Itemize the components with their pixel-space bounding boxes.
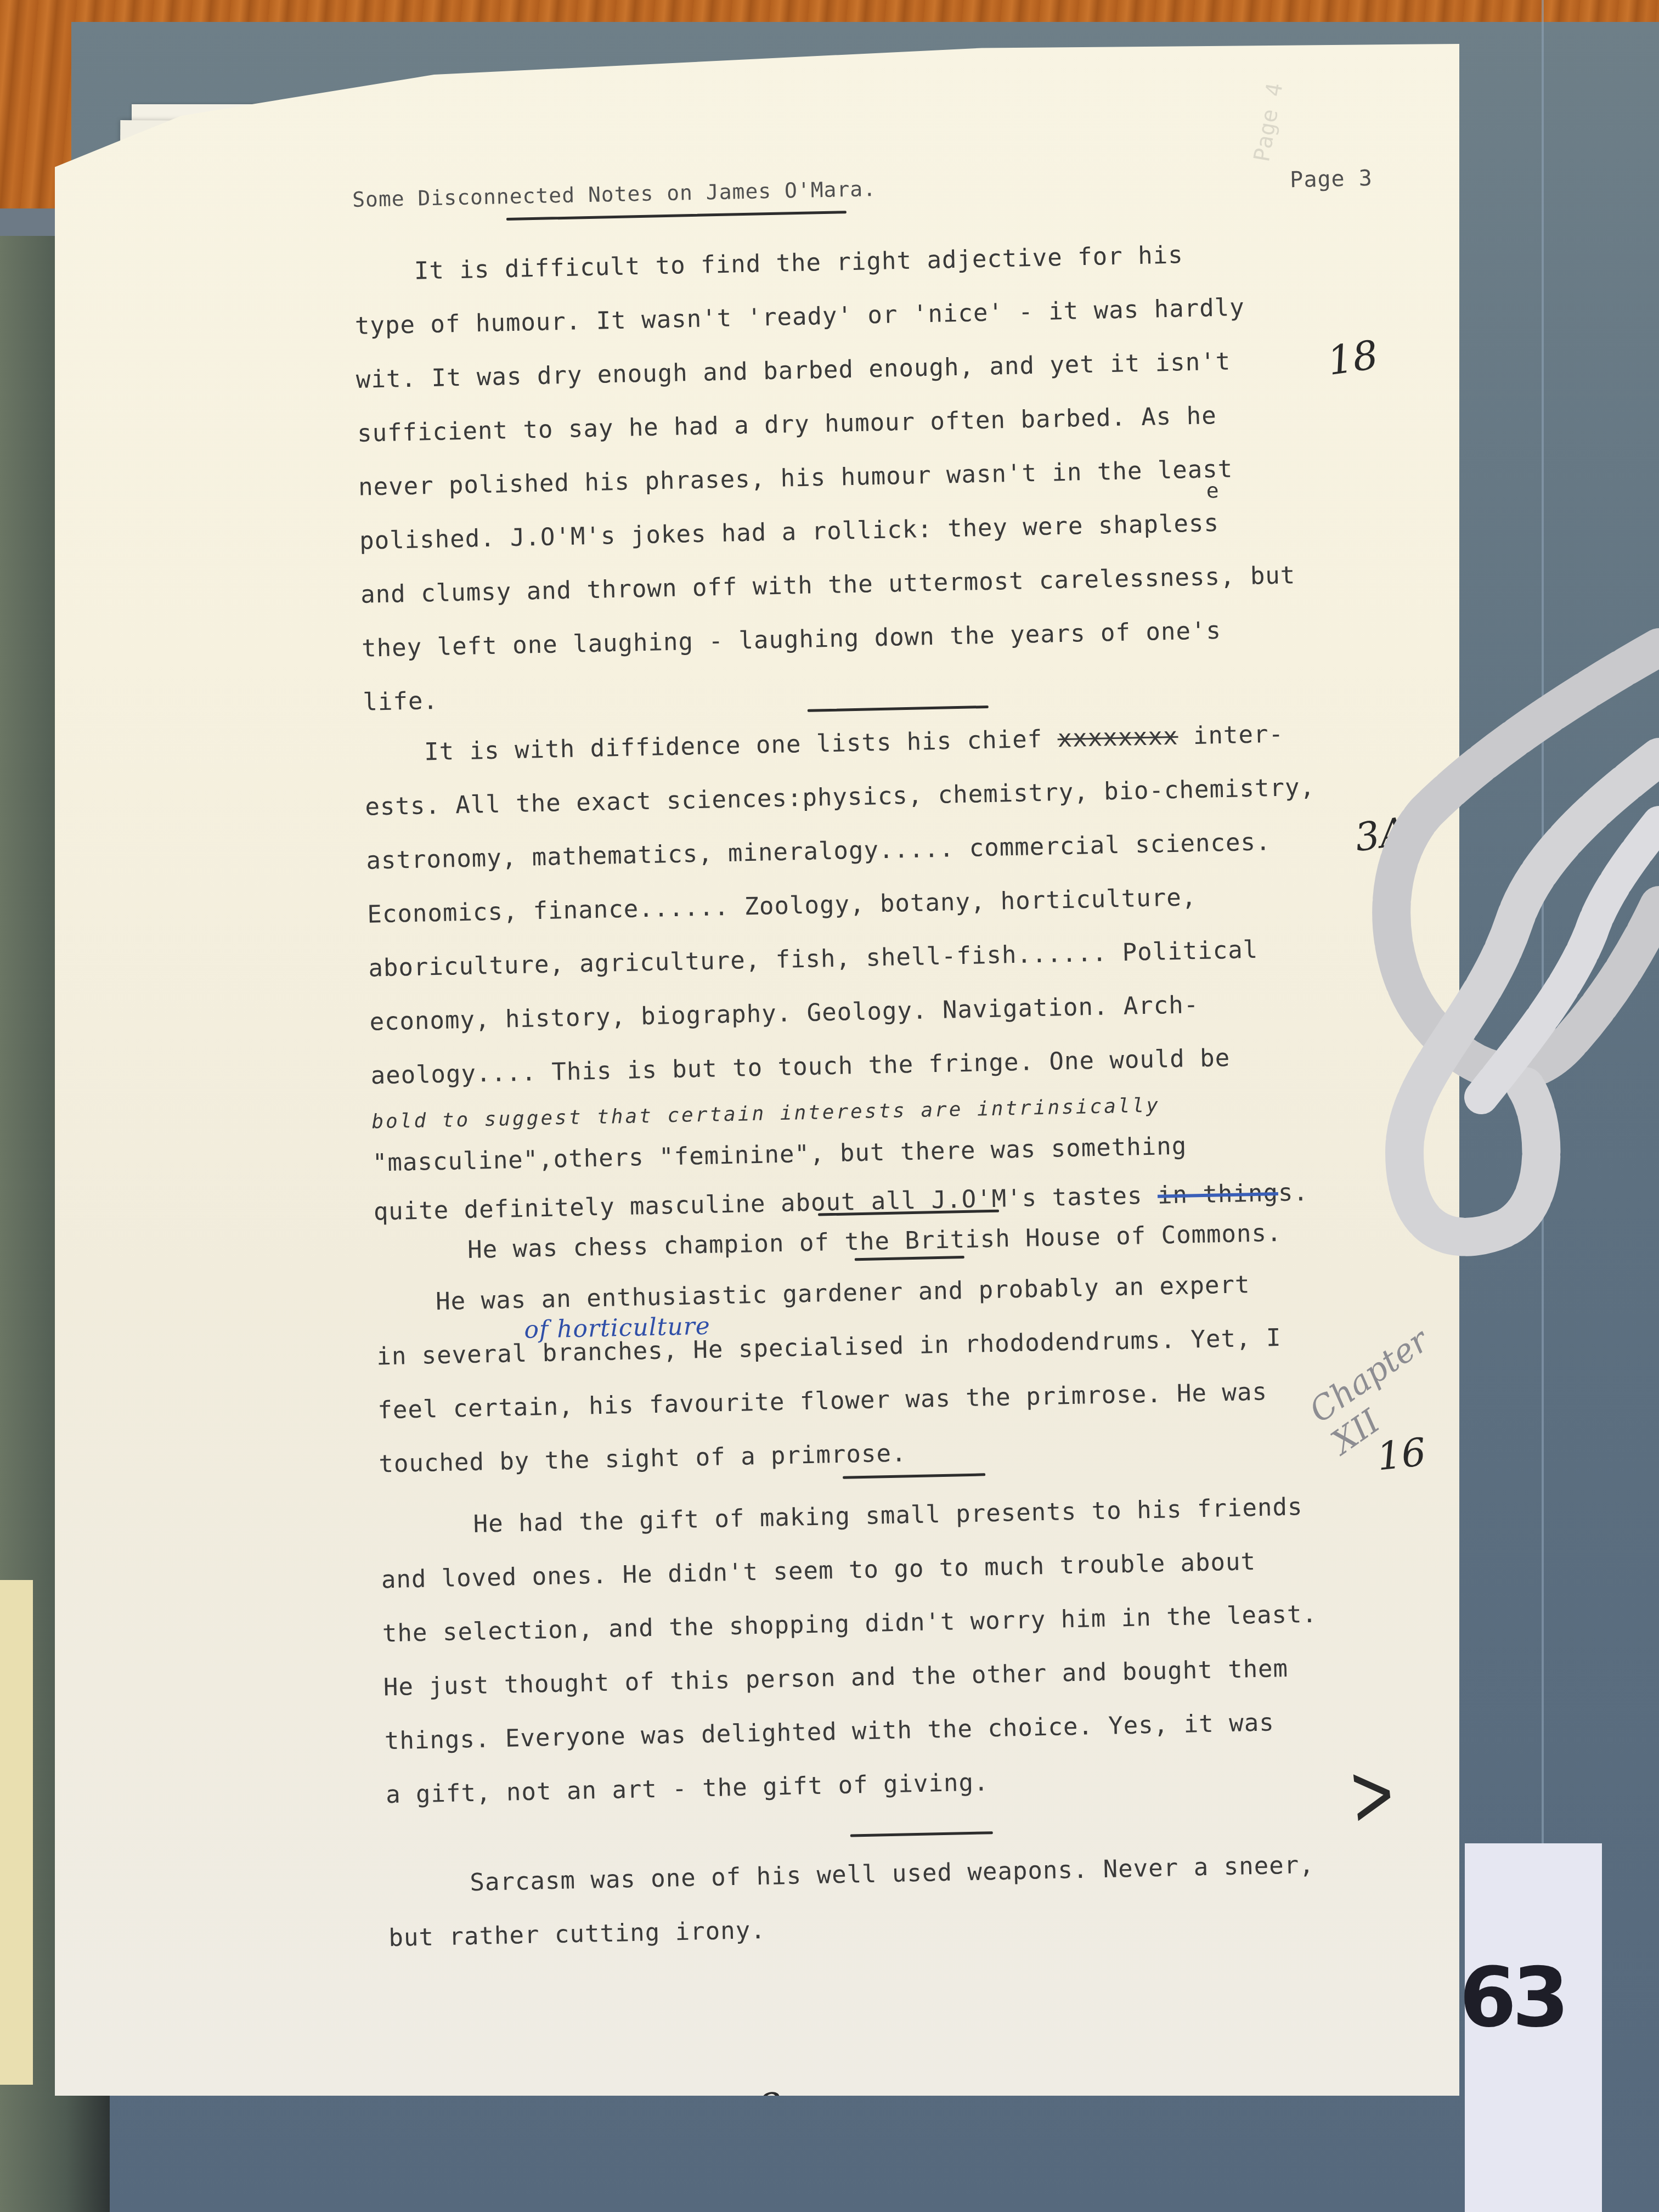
margin-note-gardener-ref: 16	[1375, 1430, 1428, 1480]
paragraph-humour: It is difficult to find the right adject…	[353, 223, 1433, 730]
typewritten-page: Page 4 Some Disconnected Notes on James …	[55, 44, 1459, 2096]
document-title: Some Disconnected Notes on James O'Mara.	[352, 162, 877, 227]
pen-strikeout: in thing	[1157, 1179, 1278, 1210]
handwritten-insertion: of horticulture	[523, 1300, 711, 1357]
underlying-paper-edge	[0, 1580, 33, 2085]
margin-note-humour-ref: 18	[1325, 331, 1381, 384]
paragraph-gardener: of horticulture He was an enthusiastic g…	[375, 1254, 1449, 1492]
typed-insertion: e	[1206, 464, 1220, 517]
text-line-content: never polished his phrases, his humour w…	[358, 455, 1233, 501]
text-segment: s.	[1278, 1178, 1308, 1207]
typed-strikeout: xxxxxxxx	[1057, 723, 1178, 753]
margin-note-interests-ref: 3A	[1352, 809, 1410, 860]
section-divider	[850, 1831, 993, 1837]
page-body: Some Disconnected Notes on James O'Mara.…	[351, 120, 1459, 1965]
text-segment: It is with diffidence one lists his chie…	[424, 725, 1058, 766]
paragraph-interests: It is with diffidence one lists his chie…	[363, 704, 1443, 1239]
text-segment: inter-	[1178, 720, 1284, 751]
document-header: Some Disconnected Notes on James O'Mara.…	[351, 120, 1423, 227]
paragraph-gifts: He had the gift of making small presents…	[380, 1477, 1456, 1822]
page-number: Page 3	[1289, 151, 1373, 207]
archive-number: 63	[1459, 1950, 1565, 2046]
paragraph-sarcasm: Sarcasm was one of his well used weapons…	[387, 1835, 1459, 1965]
